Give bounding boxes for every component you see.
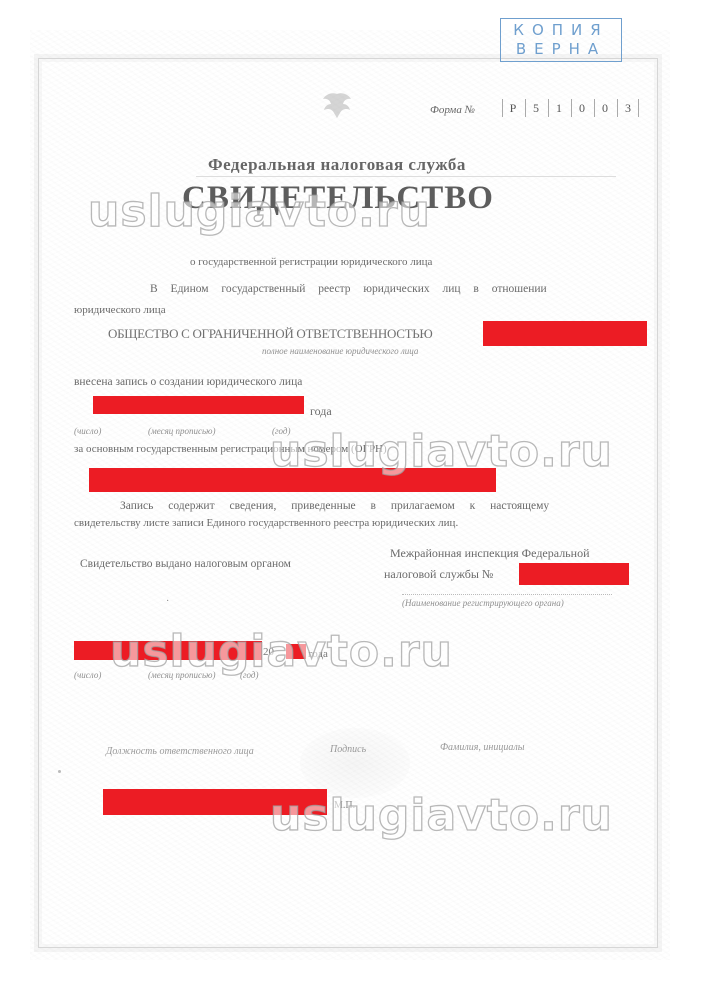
scan-speck [58, 770, 61, 773]
mark-dot: · [166, 596, 169, 607]
issued-by-label: Свидетельство выдано налоговым органом [80, 558, 291, 570]
redacted-org-name [483, 321, 647, 346]
organ-caption: (Наименование регистрирующего органа) [402, 598, 564, 608]
official-seal-mark [300, 728, 410, 798]
record-paragraph-line-1: Запись содержит сведения, приведенные в … [120, 500, 549, 512]
org-name-caption: полное наименование юридического лица [262, 346, 418, 356]
organization-name: ОБЩЕСТВО С ОГРАНИЧЕННОЙ ОТВЕТСТВЕННОСТЬЮ [108, 326, 432, 342]
copy-certified-stamp: КОПИЯ ВЕРНА [500, 18, 622, 62]
form-code-char: 5 [525, 99, 546, 117]
entry-text: внесена запись о создании юридического л… [74, 376, 302, 388]
registration-year-suffix: года [310, 404, 332, 419]
redacted-registration-date [93, 396, 304, 414]
date-caption-day: (число) [74, 426, 101, 436]
form-code-char: 1 [548, 99, 569, 117]
document-subtitle: о государственной регистрации юридическо… [190, 256, 432, 268]
inspection-name-line-2: налоговой службы № [384, 567, 493, 582]
signature-caption: Подпись [330, 744, 366, 755]
stamp-line-2: ВЕРНА [501, 40, 621, 59]
signatory-role-caption: Должность ответственного лица [106, 746, 254, 757]
stamp-line-1: КОПИЯ [501, 21, 621, 40]
date-caption-month: (месяц прописью) [148, 426, 215, 436]
inspection-name-line-1: Межрайонная инспекция Федеральной [390, 546, 590, 561]
watermark: uslugiavto.ru [110, 626, 453, 677]
agency-name: Федеральная налоговая служба [208, 155, 466, 175]
organ-underline [402, 594, 612, 595]
watermark: uslugiavto.ru [270, 790, 613, 841]
registry-paragraph-line-2: юридического лица [74, 304, 166, 316]
coat-of-arms-icon [318, 90, 356, 120]
registry-paragraph-line-1: В Едином государственный реестр юридичес… [150, 283, 626, 295]
issue-caption-day: (число) [74, 670, 101, 680]
header-divider [196, 176, 616, 177]
watermark: uslugiavto.ru [88, 186, 431, 237]
form-code-char: 3 [617, 99, 639, 117]
record-paragraph-line-2: свидетельству листе записи Единого госуд… [74, 517, 458, 529]
form-code-char: Р [502, 99, 523, 117]
redacted-inspection-number [519, 563, 629, 585]
form-code-char: 0 [594, 99, 615, 117]
form-number-label: Форма № [430, 104, 475, 116]
form-code-char: 0 [571, 99, 592, 117]
watermark: uslugiavto.ru [270, 426, 613, 477]
form-number-boxes: Р 5 1 0 0 3 [502, 99, 641, 117]
signatory-name-caption: Фамилия, инициалы [440, 742, 525, 753]
